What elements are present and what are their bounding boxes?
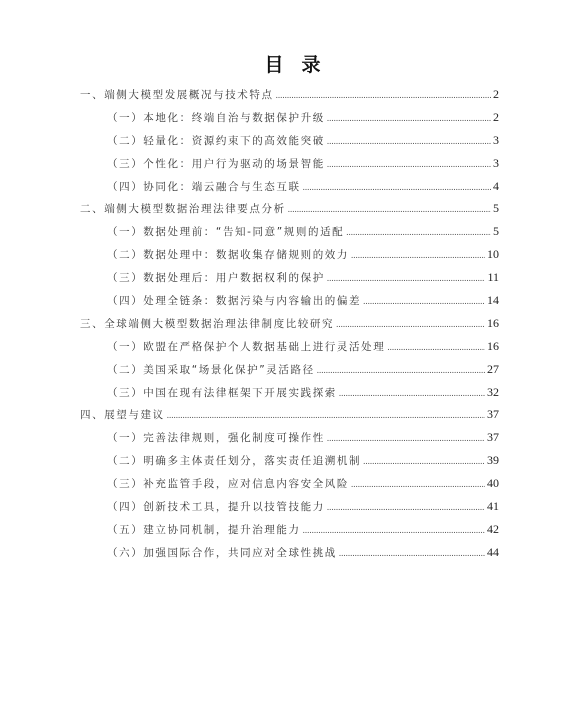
toc-entry-section-2-2[interactable]: （二）数据处理中：数据收集存储规则的效力10	[80, 243, 499, 266]
toc-page-number: 2	[493, 106, 499, 129]
toc-entry-label: （四）处理全链条：数据污染与内容输出的偏差	[107, 290, 361, 313]
dot-leader	[167, 404, 485, 427]
dot-leader	[303, 519, 485, 542]
toc-entry-section-2-4[interactable]: （四）处理全链条：数据污染与内容输出的偏差14	[80, 289, 499, 312]
toc-entry-section-4-5[interactable]: （五）建立协同机制，提升治理能力42	[80, 518, 499, 541]
toc-entry-label: 三、全球端侧大模型数据治理法律制度比较研究	[80, 313, 334, 336]
toc-entry-label: （三）个性化：用户行为驱动的场景智能	[107, 153, 325, 176]
toc-entry-label: （一）本地化：终端自治与数据保护升级	[107, 107, 325, 130]
dot-leader	[346, 221, 491, 244]
dot-leader	[303, 176, 491, 199]
toc-entry-section-4-6[interactable]: （六）加强国际合作，共同应对全球性挑战44	[80, 541, 499, 564]
dot-leader	[288, 198, 491, 221]
toc-page-number: 37	[487, 426, 499, 449]
dot-leader	[336, 313, 485, 336]
dot-leader	[339, 382, 485, 405]
dot-leader	[327, 153, 491, 176]
toc-entry-label: 一、端侧大模型发展概况与技术特点	[80, 84, 274, 107]
toc-page-number: 16	[487, 312, 499, 335]
dot-leader	[327, 427, 485, 450]
toc-entry-label: （二）数据处理中：数据收集存储规则的效力	[107, 244, 349, 267]
dot-leader	[363, 290, 485, 313]
toc-page-number: 41	[487, 495, 499, 518]
toc-entry-section-3-1[interactable]: （一）欧盟在严格保护个人数据基础上进行灵活处理16	[80, 335, 499, 358]
toc-page-number: 3	[493, 152, 499, 175]
table-of-contents: 一、端侧大模型发展概况与技术特点2 （一）本地化：终端自治与数据保护升级2 （二…	[80, 83, 499, 564]
toc-entry-label: （四）协同化：端云融合与生态互联	[107, 176, 301, 199]
toc-page-number: 16	[487, 335, 499, 358]
toc-entry-label: 二、端侧大模型数据治理法律要点分析	[80, 198, 286, 221]
toc-entry-section-1-1[interactable]: （一）本地化：终端自治与数据保护升级2	[80, 106, 499, 129]
toc-entry-section-1-2[interactable]: （二）轻量化：资源约束下的高效能突破3	[80, 129, 499, 152]
toc-page-number: 2	[493, 83, 499, 106]
toc-entry-section-1-4[interactable]: （四）协同化：端云融合与生态互联4	[80, 175, 499, 198]
toc-entry-label: （五）建立协同机制，提升治理能力	[107, 519, 301, 542]
toc-page-number: 3	[493, 129, 499, 152]
dot-leader	[327, 496, 485, 519]
toc-page-number: 11	[487, 266, 499, 289]
toc-entry-label: （一）数据处理前：“告知-同意”规则的适配	[107, 221, 344, 244]
toc-entry-section-3-2[interactable]: （二）美国采取“场景化保护”灵活路径27	[80, 358, 499, 381]
toc-page-number: 27	[487, 358, 499, 381]
toc-entry-section-4-1[interactable]: （一）完善法律规则，强化制度可操作性37	[80, 426, 499, 449]
toc-entry-section-2-3[interactable]: （三）数据处理后：用户数据权利的保护11	[80, 266, 499, 289]
toc-entry-label: （一）欧盟在严格保护个人数据基础上进行灵活处理	[107, 336, 385, 359]
toc-entry-section-2-1[interactable]: （一）数据处理前：“告知-同意”规则的适配5	[80, 220, 499, 243]
toc-entry-label: （三）中国在现有法律框架下开展实践探索	[107, 382, 337, 405]
toc-entry-section-4-4[interactable]: （四）创新技术工具，提升以技管技能力41	[80, 495, 499, 518]
toc-page-number: 39	[487, 449, 499, 472]
dot-leader	[351, 473, 485, 496]
toc-page-number: 5	[493, 197, 499, 220]
toc-entry-chapter-2[interactable]: 二、端侧大模型数据治理法律要点分析5	[80, 197, 499, 220]
toc-page-number: 14	[487, 289, 499, 312]
toc-entry-section-4-2[interactable]: （二）明确多主体责任划分，落实责任追溯机制39	[80, 449, 499, 472]
dot-leader	[276, 84, 491, 107]
toc-entry-label: 四、展望与建议	[80, 404, 165, 427]
dot-leader	[327, 267, 486, 290]
dot-leader	[351, 244, 485, 267]
toc-entry-label: （三）数据处理后：用户数据权利的保护	[107, 267, 325, 290]
toc-entry-label: （二）明确多主体责任划分，落实责任追溯机制	[107, 450, 361, 473]
toc-entry-label: （二）轻量化：资源约束下的高效能突破	[107, 130, 325, 153]
toc-page-number: 10	[487, 243, 499, 266]
toc-entry-label: （六）加强国际合作，共同应对全球性挑战	[107, 542, 337, 565]
toc-page-number: 44	[487, 541, 499, 564]
toc-page-number: 32	[487, 381, 499, 404]
toc-page-number: 40	[487, 472, 499, 495]
toc-entry-section-3-3[interactable]: （三）中国在现有法律框架下开展实践探索32	[80, 381, 499, 404]
toc-entry-label: （三）补充监管手段，应对信息内容安全风险	[107, 473, 349, 496]
dot-leader	[363, 450, 485, 473]
toc-entry-label: （二）美国采取“场景化保护”灵活路径	[107, 359, 315, 382]
dot-leader	[327, 130, 491, 153]
toc-entry-chapter-1[interactable]: 一、端侧大模型发展概况与技术特点2	[80, 83, 499, 106]
toc-page-number: 5	[493, 220, 499, 243]
page-title: 目录	[0, 50, 585, 77]
toc-page-number: 37	[487, 403, 499, 426]
toc-entry-chapter-3[interactable]: 三、全球端侧大模型数据治理法律制度比较研究16	[80, 312, 499, 335]
dot-leader	[387, 336, 485, 359]
toc-entry-section-1-3[interactable]: （三）个性化：用户行为驱动的场景智能3	[80, 152, 499, 175]
dot-leader	[327, 107, 491, 130]
toc-entry-section-4-3[interactable]: （三）补充监管手段，应对信息内容安全风险40	[80, 472, 499, 495]
toc-entry-label: （一）完善法律规则，强化制度可操作性	[107, 427, 325, 450]
toc-entry-label: （四）创新技术工具，提升以技管技能力	[107, 496, 325, 519]
dot-leader	[339, 542, 485, 565]
toc-page-number: 4	[493, 175, 499, 198]
toc-page-number: 42	[487, 518, 499, 541]
toc-entry-chapter-4[interactable]: 四、展望与建议37	[80, 403, 499, 426]
dot-leader	[317, 359, 485, 382]
